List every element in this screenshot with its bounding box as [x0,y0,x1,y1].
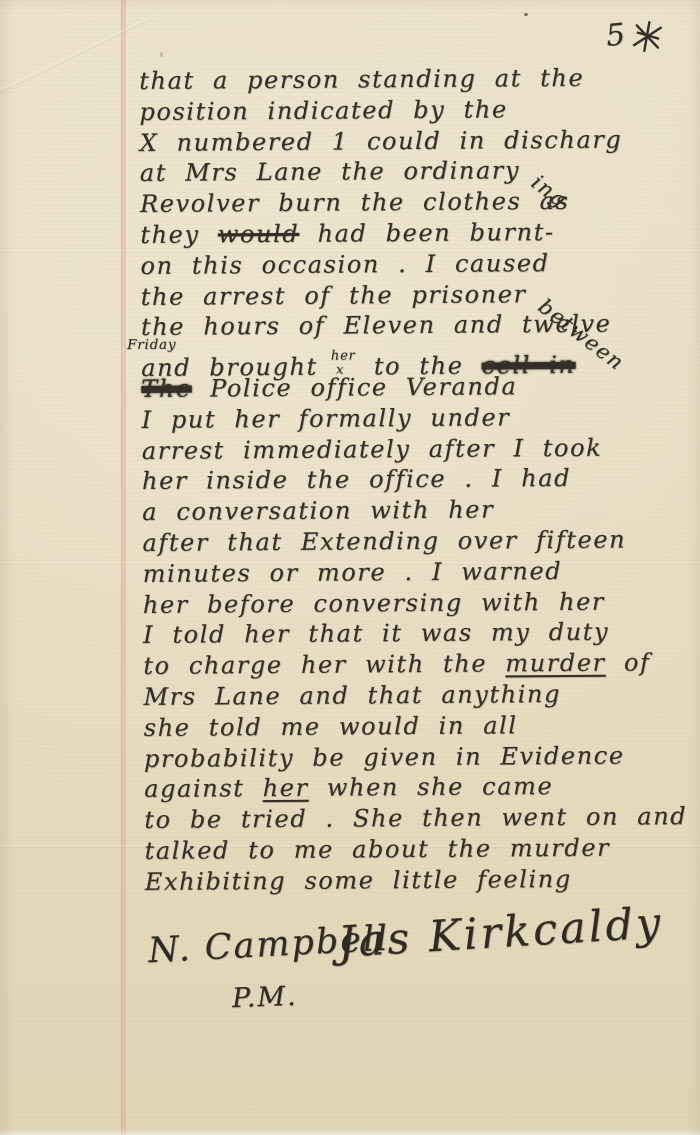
handwritten-line: the arrest of the prisoner between [141,278,697,313]
handwritten-segment: minutes or more . I warned [143,557,563,588]
paper-nick [160,52,163,57]
handwritten-line: position indicated by the [139,93,695,128]
handwritten-line: talked to me about the murder [144,832,700,867]
handwritten-segment: a conversation with her [142,496,494,526]
handwritten-segment: after that Extending over fifteen [142,526,626,557]
handwritten-line: after that Extending over fifteen [142,524,698,559]
handwritten-segment: her before conversing with her [143,587,605,618]
handwritten-line: The Police office Veranda [141,370,697,405]
handwritten-segment: Mrs Lane and that anything [143,680,561,711]
page-number: 5 [604,17,627,54]
handwritten-segment: Exhibiting some little feeling [145,865,572,896]
handwritten-segment-underline: murder [505,649,606,678]
handwritten-line: her inside the office . I had [142,462,698,497]
handwritten-segment: of [606,649,651,677]
asterisk-mark-icon [629,18,666,60]
handwritten-segment: I put her formally under [141,403,510,434]
handwritten-line: at Mrs Lane the ordinary ing [140,154,696,189]
handwritten-segment: arrest immediately after I took [142,433,603,464]
handwritten-segment: talked to me about the murder [144,834,610,865]
handwritten-segment-ins: her [331,349,356,364]
handwritten-line: to be tried . She then went on and [144,801,700,836]
handwritten-segment: they [140,220,218,249]
handwritten-segment-marginins: Friday [127,330,176,361]
handwritten-line: to charge her with the murder of [143,647,699,682]
handwritten-line: Mrs Lane and that anything [143,678,699,713]
handwritten-segment: position indicated by the [139,95,507,126]
handwritten-line: that a person standing at the [139,62,695,97]
handwritten-line: a conversation with her [142,493,698,528]
handwritten-line: against her when she came [144,770,700,805]
handwritten-segment: Revolver burn the clothes as [140,187,570,218]
ink-speck [524,13,528,16]
handwritten-segment: the hours of Eleven and twelve [141,310,612,341]
handwritten-line: minutes or more . I warned [143,555,699,590]
handwritten-segment: had been burnt- [299,218,555,248]
handwritten-segment: she told me would in all [144,711,518,742]
page-number-group: 5 [606,18,663,58]
signature-campbell-title: P.M. [231,981,298,1014]
manuscript-lines: that a person standing at theposition in… [139,62,700,897]
fold-crease [0,17,151,103]
handwritten-line: Revolver burn the clothes as [140,185,696,220]
handwritten-segment: Police office Veranda [192,372,518,402]
handwritten-segment: the arrest of the prisoner [141,280,545,311]
handwritten-line: I told her that it was my duty [143,616,699,651]
handwritten-segment: to charge her with the [143,650,505,681]
red-margin-rule [121,0,126,1135]
handwritten-segment: against [144,774,263,803]
signature-kirkcaldy: Jas Kirkcaldy [337,898,665,968]
handwritten-segment: probability be given in Evidence [144,741,625,772]
handwritten-segment: on this occasion . I caused [140,249,549,280]
handwritten-line: she told me would in all [144,709,700,744]
handwritten-line: on this occasion . I caused [140,247,696,282]
handwritten-line: her before conversing with her [143,586,699,621]
handwritten-line: probability be given in Evidence [144,740,700,775]
handwritten-line: the hours of Eleven and twelve [141,308,697,343]
handwritten-segment-strike: would [218,220,300,249]
handwritten-segment: to be tried . She then went on and [144,802,687,834]
handwritten-segment: X numbered 1 could in discharg [140,125,623,156]
handwritten-line: X numbered 1 could in discharg [140,124,696,159]
handwritten-segment: at Mrs Lane the ordinary [140,157,539,188]
handwritten-line: arrest immediately after I took [142,432,698,467]
handwritten-segment: that a person standing at the [139,64,584,95]
handwritten-line: Exhibiting some little feeling [145,863,700,898]
handwritten-segment-blot: The [141,375,192,403]
manuscript-page: 5 that a person standing at theposition … [0,0,700,1135]
handwritten-segment: I told her that it was my duty [143,618,609,649]
handwritten-line: Fridayand brought xher to the cell in [141,339,697,374]
handwritten-line: I put her formally under [141,401,697,436]
handwritten-segment-underline: her [263,774,309,802]
handwritten-line: they would had been burnt- [140,216,696,251]
handwritten-segment: her inside the office . I had [142,464,571,495]
handwritten-segment: when she came [309,772,554,802]
